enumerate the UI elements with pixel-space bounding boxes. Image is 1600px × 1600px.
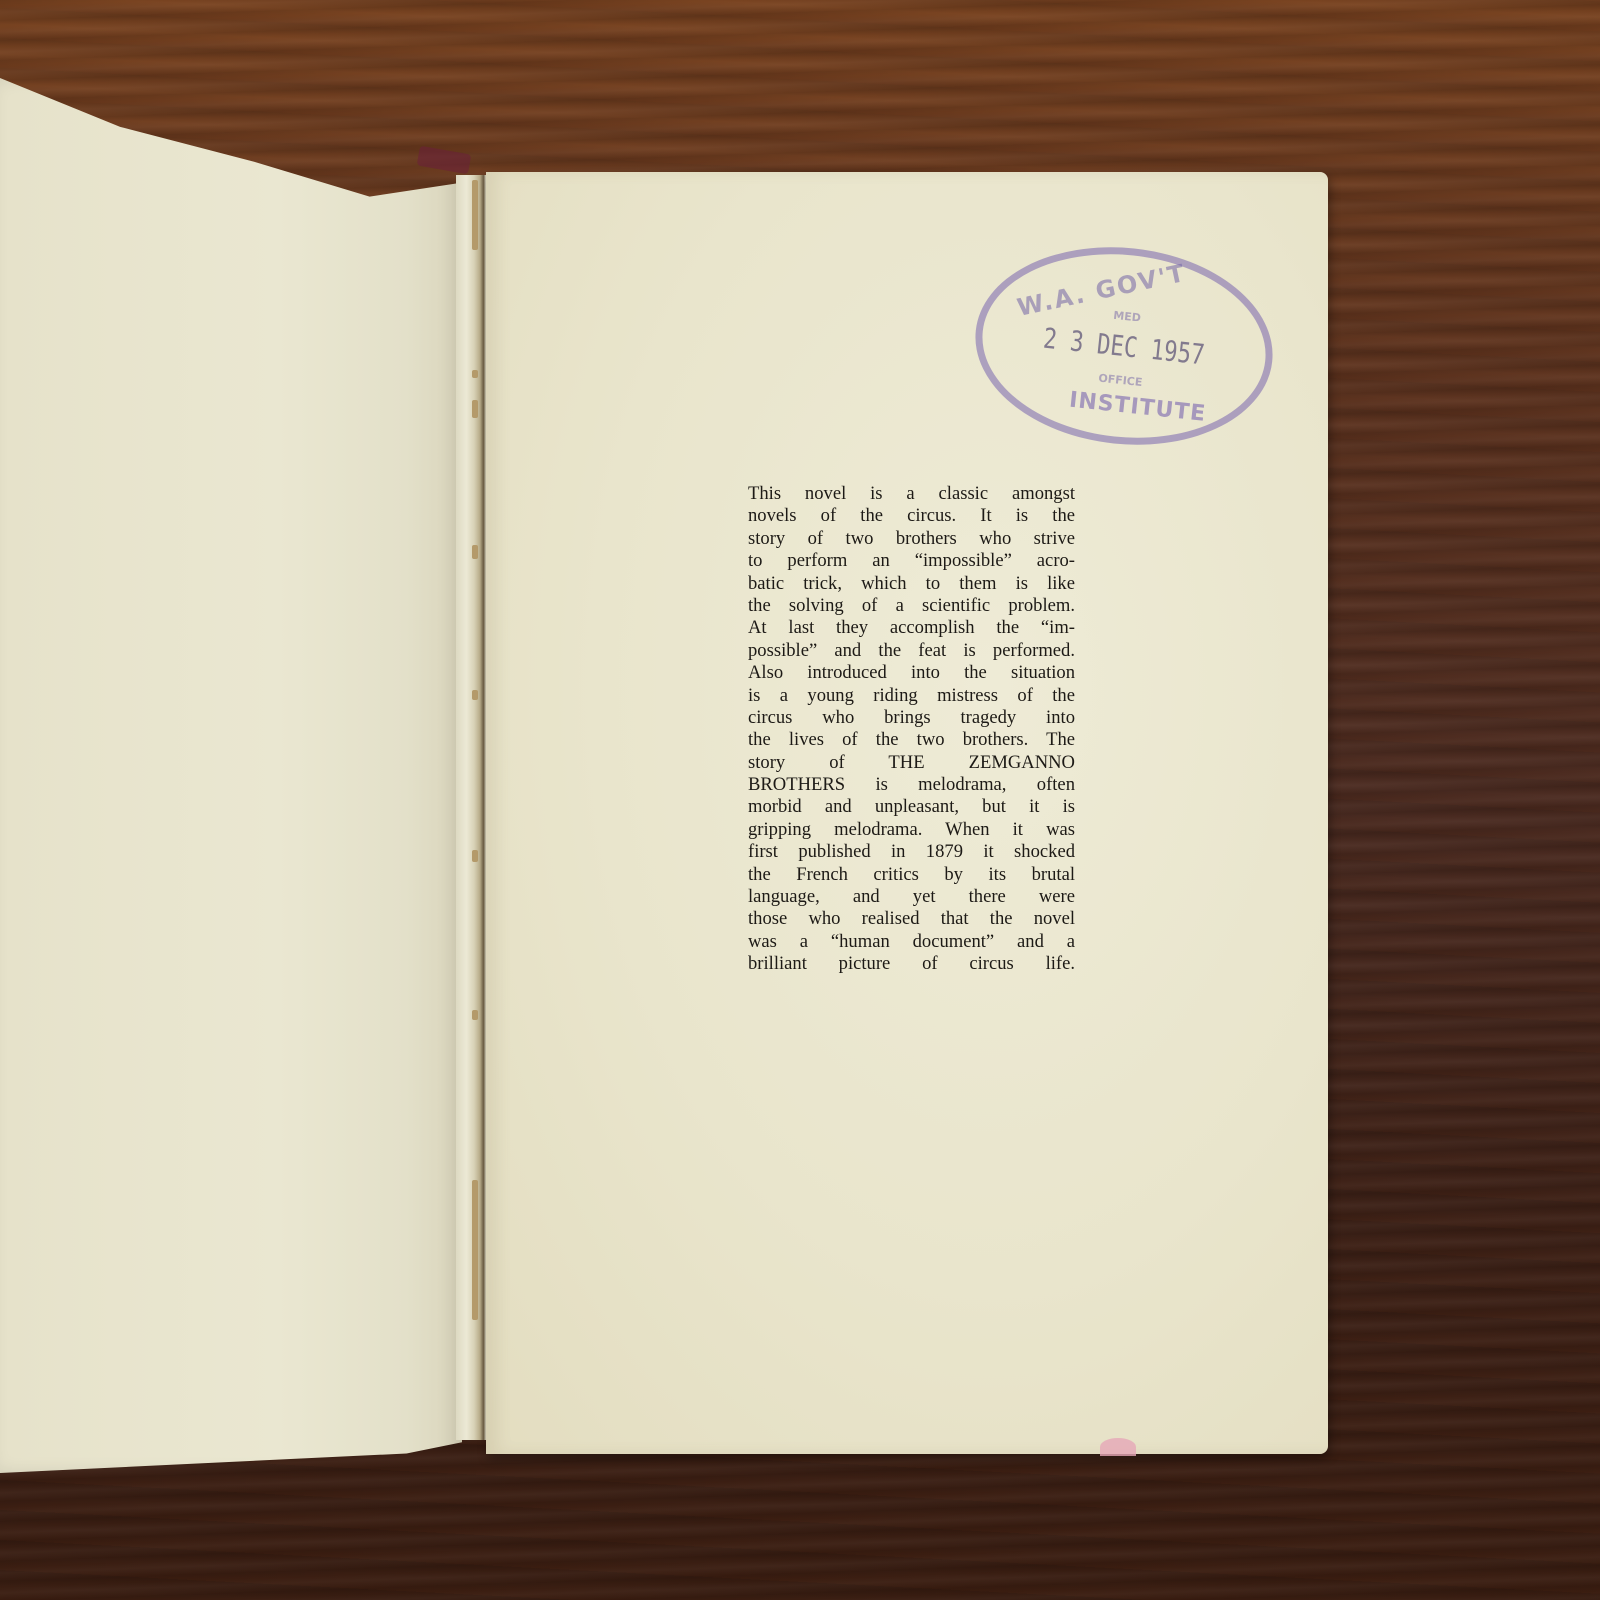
binding-stitch — [472, 370, 478, 378]
binding-stitch — [472, 400, 478, 418]
blurb-line: possible” and the feat is performed. — [748, 640, 1075, 662]
blurb-line: circus who brings tragedy into — [748, 707, 1075, 729]
blurb-line: batic trick, which to them is like — [748, 573, 1075, 595]
blurb-line: those who realised that the novel — [748, 908, 1075, 930]
binding-stitch — [472, 180, 478, 250]
blurb-line: gripping melodrama. When it was — [748, 819, 1075, 841]
blurb-line: the solving of a scientific problem. — [748, 595, 1075, 617]
blurb-line: At last they accomplish the “im- — [748, 617, 1075, 639]
book-cover-edge — [417, 146, 472, 175]
blurb-line: brilliant picture of circus life. — [748, 953, 1075, 975]
blurb-line: is a young riding mistress of the — [748, 685, 1075, 707]
blurb-line: story of THE ZEMGANNO — [748, 752, 1075, 774]
blurb-line: morbid and unpleasant, but it is — [748, 796, 1075, 818]
blurb-line: first published in 1879 it shocked — [748, 841, 1075, 863]
blurb-line: story of two brothers who strive — [748, 528, 1075, 550]
book-blurb: This novel is a classic amongst novels o… — [748, 483, 1075, 976]
blurb-line: the French critics by its brutal — [748, 864, 1075, 886]
blurb-line: BROTHERS is melodrama, often — [748, 774, 1075, 796]
blurb-line: the lives of the two brothers. The — [748, 729, 1075, 751]
blurb-line: language, and yet there were — [748, 886, 1075, 908]
binding-stitch — [472, 1180, 478, 1320]
binding-stitch — [472, 690, 478, 700]
book-spine-gutter — [456, 175, 486, 1440]
binding-stitch — [472, 850, 478, 862]
binding-stitch — [472, 1010, 478, 1020]
binding-stitch — [472, 545, 478, 559]
pink-stain — [1100, 1438, 1136, 1456]
blurb-line: Also introduced into the situation — [748, 662, 1075, 684]
blurb-line: to perform an “impossible” acro- — [748, 550, 1075, 572]
blurb-line: novels of the circus. It is the — [748, 505, 1075, 527]
blurb-line: was a “human document” and a — [748, 931, 1075, 953]
blurb-line: This novel is a classic amongst — [748, 483, 1075, 505]
left-page-blank — [0, 78, 462, 1473]
